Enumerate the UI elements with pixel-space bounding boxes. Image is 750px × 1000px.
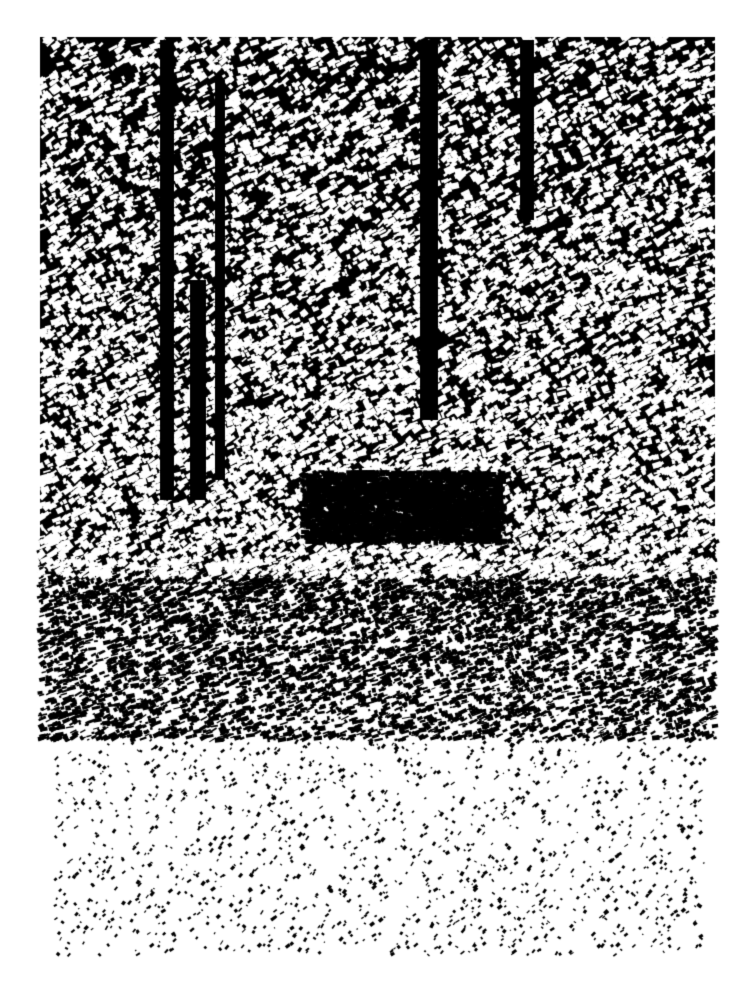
forest-photograph — [0, 0, 750, 1000]
photo-canvas — [0, 0, 750, 1000]
